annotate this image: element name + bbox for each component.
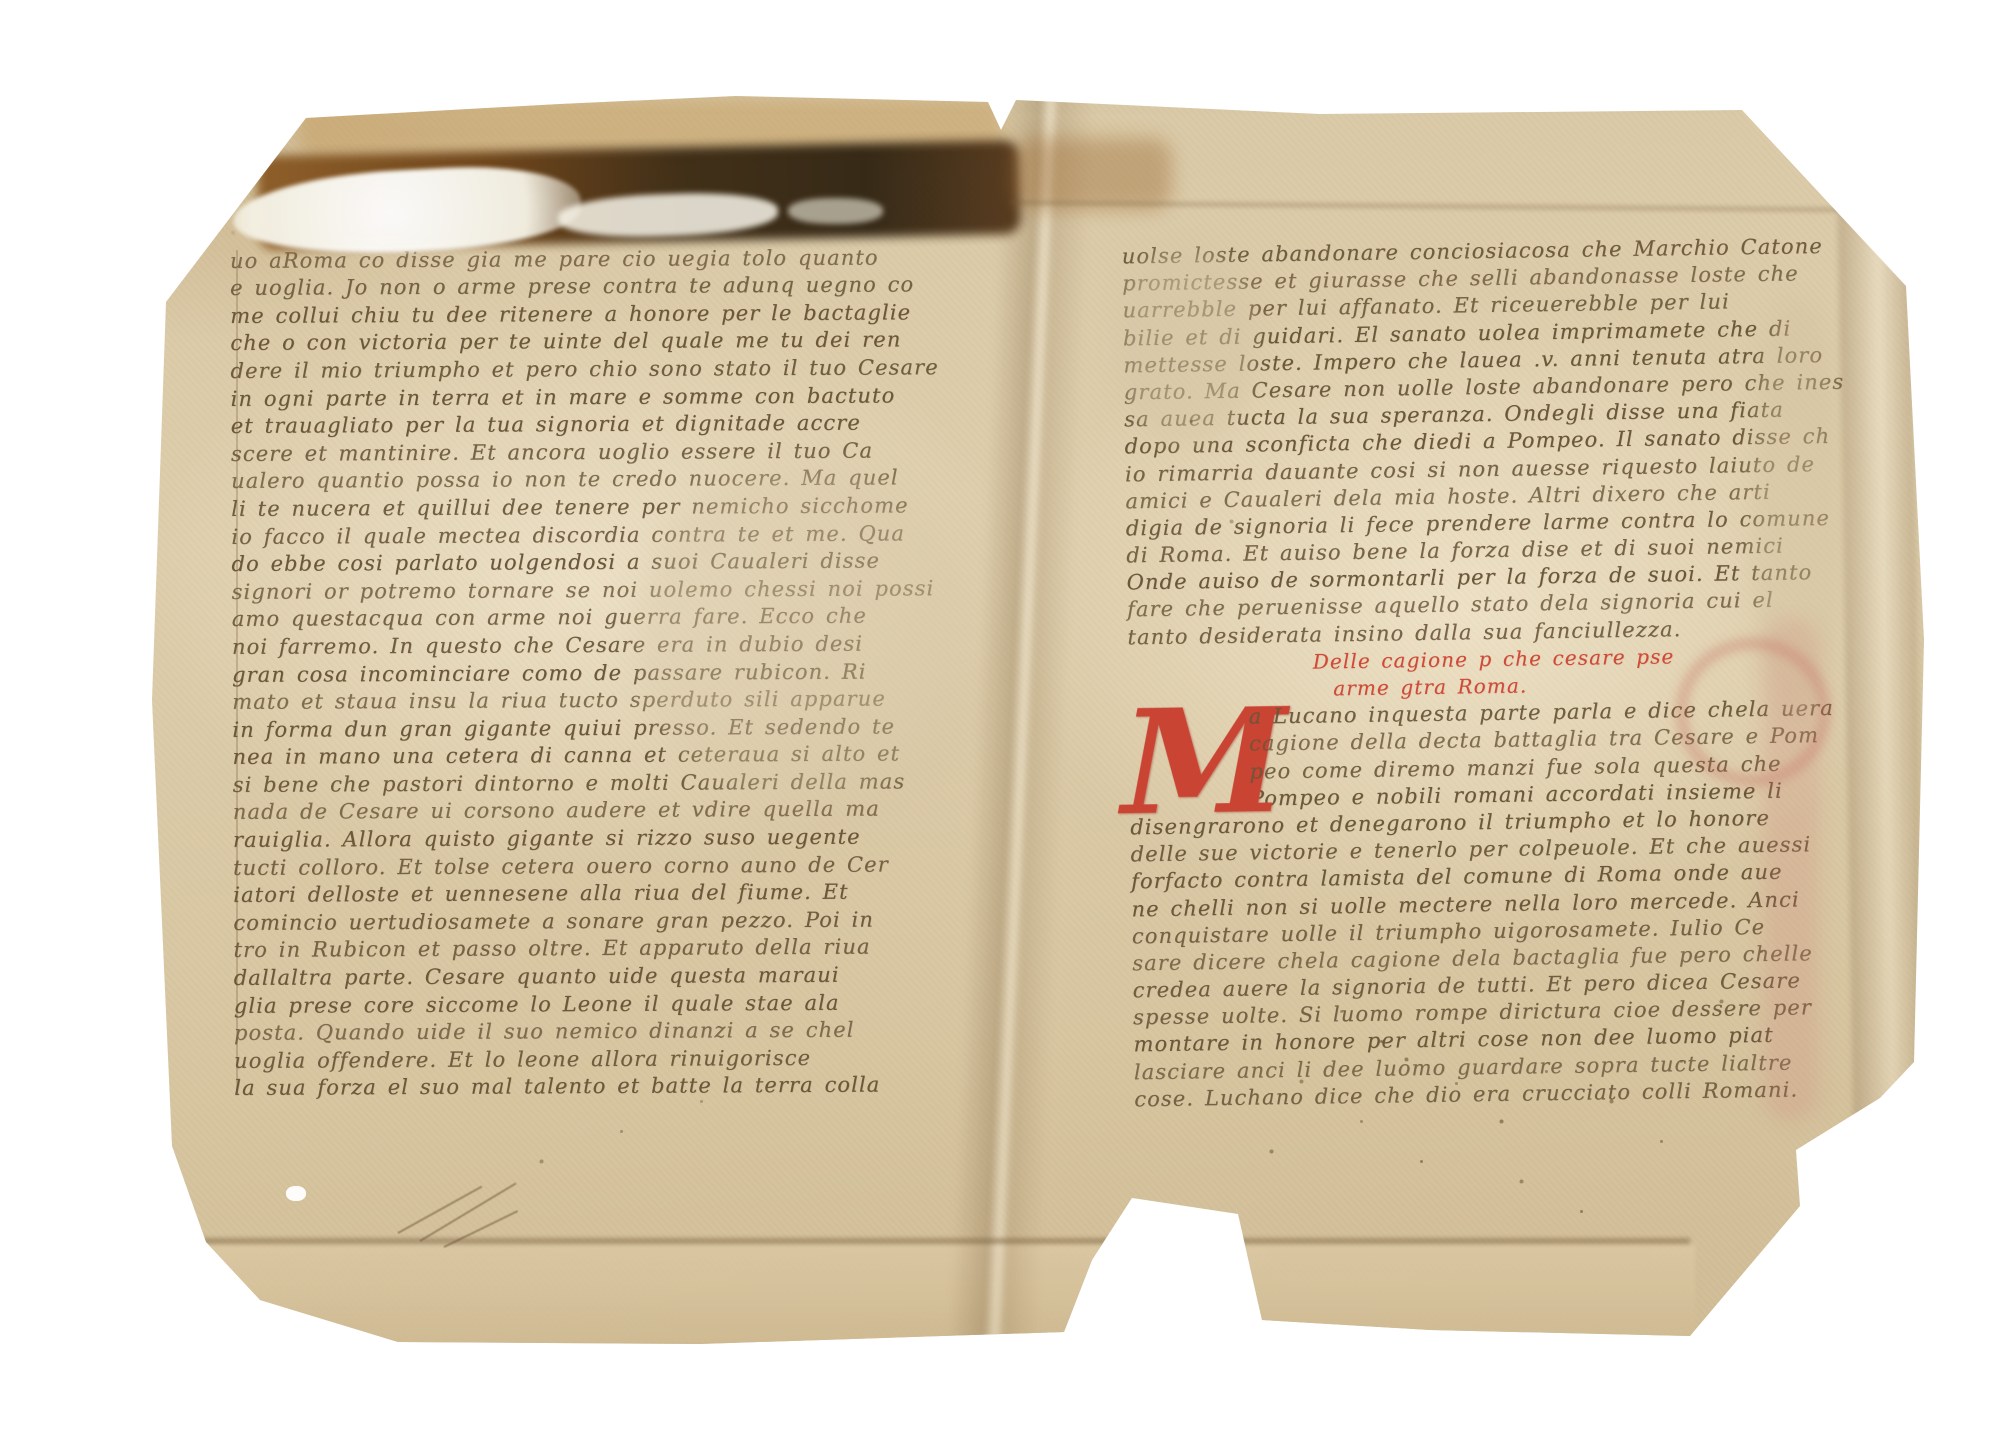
text-line: in ogni parte in terra et in mare e somm… (231, 382, 971, 413)
text-line: tro in Rubicon et passo oltre. Et apparu… (233, 933, 973, 964)
text-line: me collui chiu tu dee ritenere a honore … (230, 299, 970, 330)
text-line: et trauagliato per la tua signoria et di… (231, 409, 971, 440)
text-line: scere et mantinire. Et ancora uoglio ess… (231, 437, 971, 468)
pink-offset-stain (1762, 618, 1820, 1123)
text-line: nada de Cesare ui corsono audere et vdir… (233, 796, 973, 827)
ink-speckles (1380, 1040, 1383, 1043)
text-line: comincio uertudiosamete a sonare gran pe… (233, 906, 973, 937)
ink-fade-patch-left (640, 470, 970, 800)
text-line: e uoglia. Jo non o arme prese contra te … (230, 271, 970, 302)
text-line: glia prese core siccome lo Leone il qual… (234, 989, 974, 1020)
text-line: tucti colloro. Et tolse cetera ouero cor… (233, 851, 973, 882)
photo-background: · · · · · · · · · · alla · · · · ·uo aRo… (0, 0, 2000, 1456)
bottom-turnin-flap (185, 1244, 1695, 1344)
text-line: iatori delloste et uennesene alla riua d… (233, 878, 973, 909)
parchment-hole (286, 1186, 306, 1201)
text-line: che o con victoria per te uinte del qual… (230, 326, 970, 357)
bottom-crease-line (175, 1238, 1690, 1244)
text-line: rauiglia. Allora quisto gigante si rizzo… (233, 823, 973, 854)
text-line: dallaltra parte. Cesare quanto uide ques… (234, 961, 974, 992)
text-line: la sua forza el suo mal talento et batte… (234, 1071, 974, 1102)
stain-band-right-page (1012, 138, 1172, 210)
text-line: uoglia offendere. Et lo leone allora rin… (234, 1044, 974, 1075)
text-line: dere il mio triumpho et pero chio sono s… (230, 354, 970, 385)
text-line: posta. Quando uide il suo nemico dinanzi… (234, 1016, 974, 1047)
manuscript-bifolium: · · · · · · · · · · alla · · · · ·uo aRo… (0, 0, 2000, 1456)
abrasion-white-small (788, 198, 883, 224)
ink-fade-patch-right-top (1118, 248, 1253, 443)
